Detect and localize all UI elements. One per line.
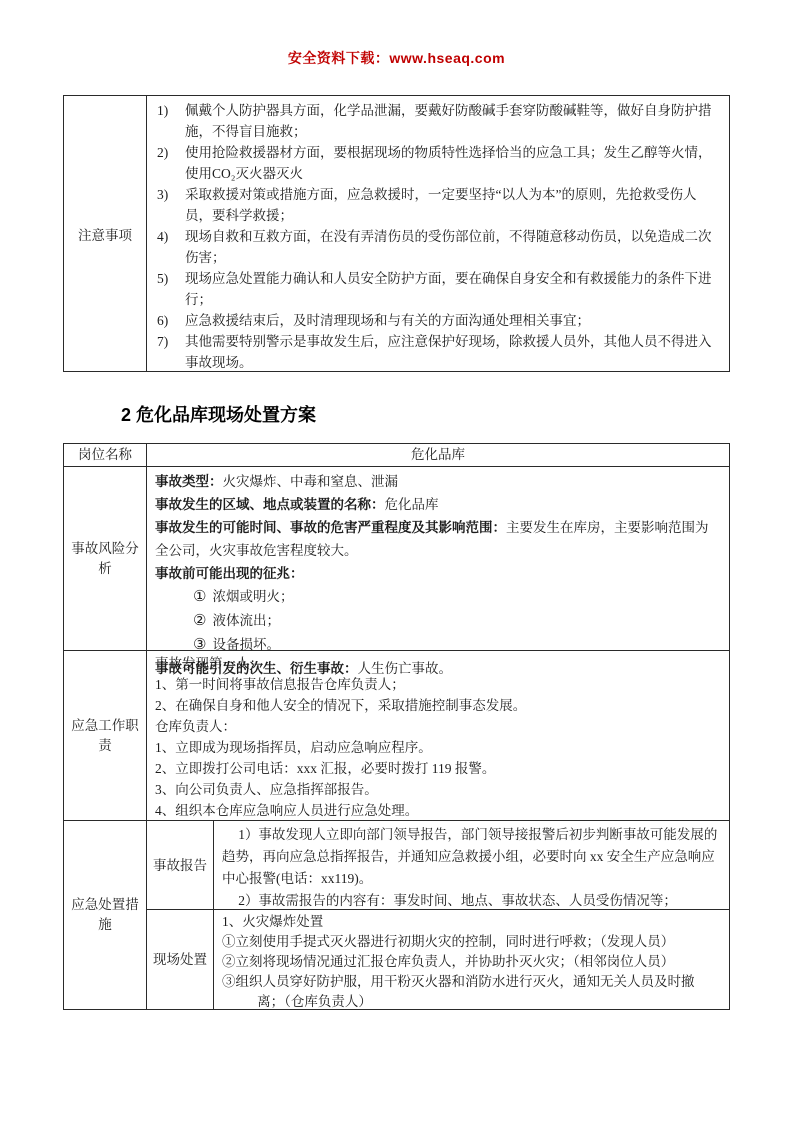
doc-header: 安全资料下载：www.hseaq.com bbox=[0, 48, 793, 68]
risk-line: 事故发生的区域、地点或装置的名称：危化品库 bbox=[155, 493, 719, 516]
risk-line-title: 事故类型： bbox=[155, 474, 223, 489]
duty-line: 4、组织本仓库应急响应人员进行应急处理。 bbox=[155, 800, 719, 821]
risk-analysis-content: 事故类型：火灾爆炸、中毒和窒息、泄漏 事故发生的区域、地点或装置的名称：危化品库… bbox=[147, 467, 729, 650]
duty-line: 3、向公司负责人、应急指挥部报告。 bbox=[155, 779, 719, 800]
risk-line-title: 事故发生的区域、地点或装置的名称： bbox=[155, 497, 385, 512]
note-item: 1)佩戴个人防护器具方面，化学品泄漏，要戴好防酸碱手套穿防酸碱鞋等，做好自身防护… bbox=[155, 100, 719, 142]
note-item-text: 佩戴个人防护器具方面，化学品泄漏，要戴好防酸碱手套穿防酸碱鞋等，做好自身防护措施… bbox=[185, 100, 719, 142]
risk-line-title: 事故前可能出现的征兆： bbox=[155, 566, 304, 581]
notes-table: 注意事项 1)佩戴个人防护器具方面，化学品泄漏，要戴好防酸碱手套穿防酸碱鞋等，做… bbox=[63, 95, 730, 372]
risk-line-text: 火灾爆炸、中毒和窒息、泄漏 bbox=[223, 474, 399, 489]
note-item: 2)使用抢险救援器材方面，要根据现场的物质特性选择恰当的应急工具；发生乙醇等火情… bbox=[155, 142, 719, 184]
duty-line: 1、第一时间将事故信息报告仓库负责人； bbox=[155, 674, 719, 695]
risk-analysis-row: 事故风险分析 事故类型：火灾爆炸、中毒和窒息、泄漏 事故发生的区域、地点或装置的… bbox=[64, 466, 729, 650]
field-line: 1、火灾爆炸处置 bbox=[222, 912, 721, 932]
note-item-number: 3) bbox=[155, 184, 185, 226]
measures-label: 应急处置措施 bbox=[64, 821, 147, 1009]
note-item-text: 使用抢险救援器材方面，要根据现场的物质特性选择恰当的应急工具；发生乙醇等火情，使… bbox=[185, 142, 719, 184]
download-url[interactable]: www.hseaq.com bbox=[389, 50, 505, 66]
note-item-text: 采取救援对策或措施方面，应急救援时，一定要坚持“以人为本”的原则，先抢救受伤人员… bbox=[185, 184, 719, 226]
note-item-text: 应急救援结束后，及时清理现场和与有关的方面沟通处理相关事宜； bbox=[185, 310, 719, 331]
risk-line: 事故类型：火灾爆炸、中毒和窒息、泄漏 bbox=[155, 470, 719, 493]
field-line: ①立刻使用手提式灭火器进行初期火灾的控制，同时进行呼救；（发现人员） bbox=[222, 932, 721, 952]
col-position-name: 岗位名称 bbox=[64, 444, 147, 466]
note-item-text: 现场应急处置能力确认和人员安全防护方面，要在确保自身安全和有救援能力的条件下进行… bbox=[185, 268, 719, 310]
duty-line: 2、立即拨打公司电话：xxx 汇报，必要时拨打 119 报警。 bbox=[155, 758, 719, 779]
report-label: 事故报告 bbox=[147, 821, 214, 909]
report-paragraph: 1）事故发现人立即向部门领导报告，部门领导接报警后初步判断事故可能发展的趋势，再… bbox=[222, 824, 721, 890]
sign-text: 液体流出； bbox=[212, 613, 280, 628]
plan-table: 岗位名称 危化品库 事故风险分析 事故类型：火灾爆炸、中毒和窒息、泄漏 事故发生… bbox=[63, 443, 730, 1010]
measures-content: 事故报告 1）事故发现人立即向部门领导报告，部门领导接报警后初步判断事故可能发展… bbox=[147, 821, 729, 1009]
report-paragraph: 2）事故需报告的内容有：事发时间、地点、事故状态、人员受伤情况等； bbox=[222, 890, 721, 912]
risk-line: 事故发生的可能时间、事故的危害严重程度及其影响范围：主要发生在库房，主要影响范围… bbox=[155, 516, 719, 562]
note-item-number: 7) bbox=[155, 331, 185, 373]
note-item-number: 1) bbox=[155, 100, 185, 142]
field-disposal-content: 1、火灾爆炸处置 ①立刻使用手提式灭火器进行初期火灾的控制，同时进行呼救；（发现… bbox=[214, 910, 729, 1009]
duty-line: 事故发现第一人： bbox=[155, 653, 719, 674]
field-line: ②立刻将现场情况通过汇报仓库负责人，并协助扑灭火灾；（相邻岗位人员） bbox=[222, 952, 721, 972]
download-label: 安全资料下载： bbox=[288, 52, 390, 67]
note-item: 3)采取救援对策或措施方面，应急救援时，一定要坚持“以人为本”的原则，先抢救受伤… bbox=[155, 184, 719, 226]
field-disposal-subrow: 现场处置 1、火灾爆炸处置 ①立刻使用手提式灭火器进行初期火灾的控制，同时进行呼… bbox=[147, 909, 729, 1009]
risk-line-title: 事故发生的可能时间、事故的危害严重程度及其影响范围： bbox=[155, 520, 506, 535]
note-item: 5)现场应急处置能力确认和人员安全防护方面，要在确保自身安全和有救援能力的条件下… bbox=[155, 268, 719, 310]
notes-row-label: 注意事项 bbox=[64, 96, 147, 371]
report-content: 1）事故发现人立即向部门领导报告，部门领导接报警后初步判断事故可能发展的趋势，再… bbox=[214, 821, 729, 909]
duty-label: 应急工作职责 bbox=[64, 651, 147, 820]
note-item-number: 4) bbox=[155, 226, 185, 268]
note-item: 4)现场自救和互救方面，在没有弄清伤员的受伤部位前，不得随意移动伤员，以免造成二… bbox=[155, 226, 719, 268]
note-item-text: 其他需要特别警示是事故发生后，应注意保护好现场，除救援人员外，其他人员不得进入事… bbox=[185, 331, 719, 373]
sign-text: 设备损坏。 bbox=[212, 637, 280, 652]
report-subrow: 事故报告 1）事故发现人立即向部门领导报告，部门领导接报警后初步判断事故可能发展… bbox=[147, 821, 729, 909]
circled-number-icon: ② bbox=[193, 613, 206, 629]
duty-content: 事故发现第一人： 1、第一时间将事故信息报告仓库负责人； 2、在确保自身和他人安… bbox=[147, 651, 729, 820]
sign-item: ①浓烟或明火； bbox=[155, 585, 719, 609]
plan-table-header: 岗位名称 危化品库 bbox=[64, 444, 729, 466]
note-item-number: 2) bbox=[155, 142, 185, 184]
sign-item: ②液体流出； bbox=[155, 609, 719, 633]
sign-text: 浓烟或明火； bbox=[212, 589, 293, 604]
duty-line: 2、在确保自身和他人安全的情况下，采取措施控制事态发展。 bbox=[155, 695, 719, 716]
notes-content: 1)佩戴个人防护器具方面，化学品泄漏，要戴好防酸碱手套穿防酸碱鞋等，做好自身防护… bbox=[147, 96, 729, 371]
field-line: ③组织人员穿好防护服，用干粉灭火器和消防水进行灭火，通知无关人员及时撤离；（仓库… bbox=[222, 972, 721, 1012]
col-position-value: 危化品库 bbox=[147, 444, 729, 466]
measures-row: 应急处置措施 事故报告 1）事故发现人立即向部门领导报告，部门领导接报警后初步判… bbox=[64, 820, 729, 1009]
note-item-text: 现场自救和互救方面，在没有弄清伤员的受伤部位前，不得随意移动伤员，以免造成二次伤… bbox=[185, 226, 719, 268]
section-heading: 2 危化品库现场处置方案 bbox=[121, 401, 316, 427]
risk-line: 事故前可能出现的征兆： bbox=[155, 562, 719, 585]
note-item: 7)其他需要特别警示是事故发生后，应注意保护好现场，除救援人员外，其他人员不得进… bbox=[155, 331, 719, 373]
duty-row: 应急工作职责 事故发现第一人： 1、第一时间将事故信息报告仓库负责人； 2、在确… bbox=[64, 650, 729, 820]
risk-line-text: 危化品库 bbox=[385, 497, 439, 512]
note-item-number: 6) bbox=[155, 310, 185, 331]
field-disposal-label: 现场处置 bbox=[147, 910, 214, 1009]
risk-analysis-label: 事故风险分析 bbox=[64, 467, 147, 650]
note-item: 6)应急救援结束后，及时清理现场和与有关的方面沟通处理相关事宜； bbox=[155, 310, 719, 331]
note-item-number: 5) bbox=[155, 268, 185, 310]
circled-number-icon: ① bbox=[193, 589, 206, 605]
duty-line: 仓库负责人： bbox=[155, 716, 719, 737]
document-page: 安全资料下载：www.hseaq.com 注意事项 1)佩戴个人防护器具方面，化… bbox=[0, 0, 793, 1122]
duty-line: 1、立即成为现场指挥员，启动应急响应程序。 bbox=[155, 737, 719, 758]
